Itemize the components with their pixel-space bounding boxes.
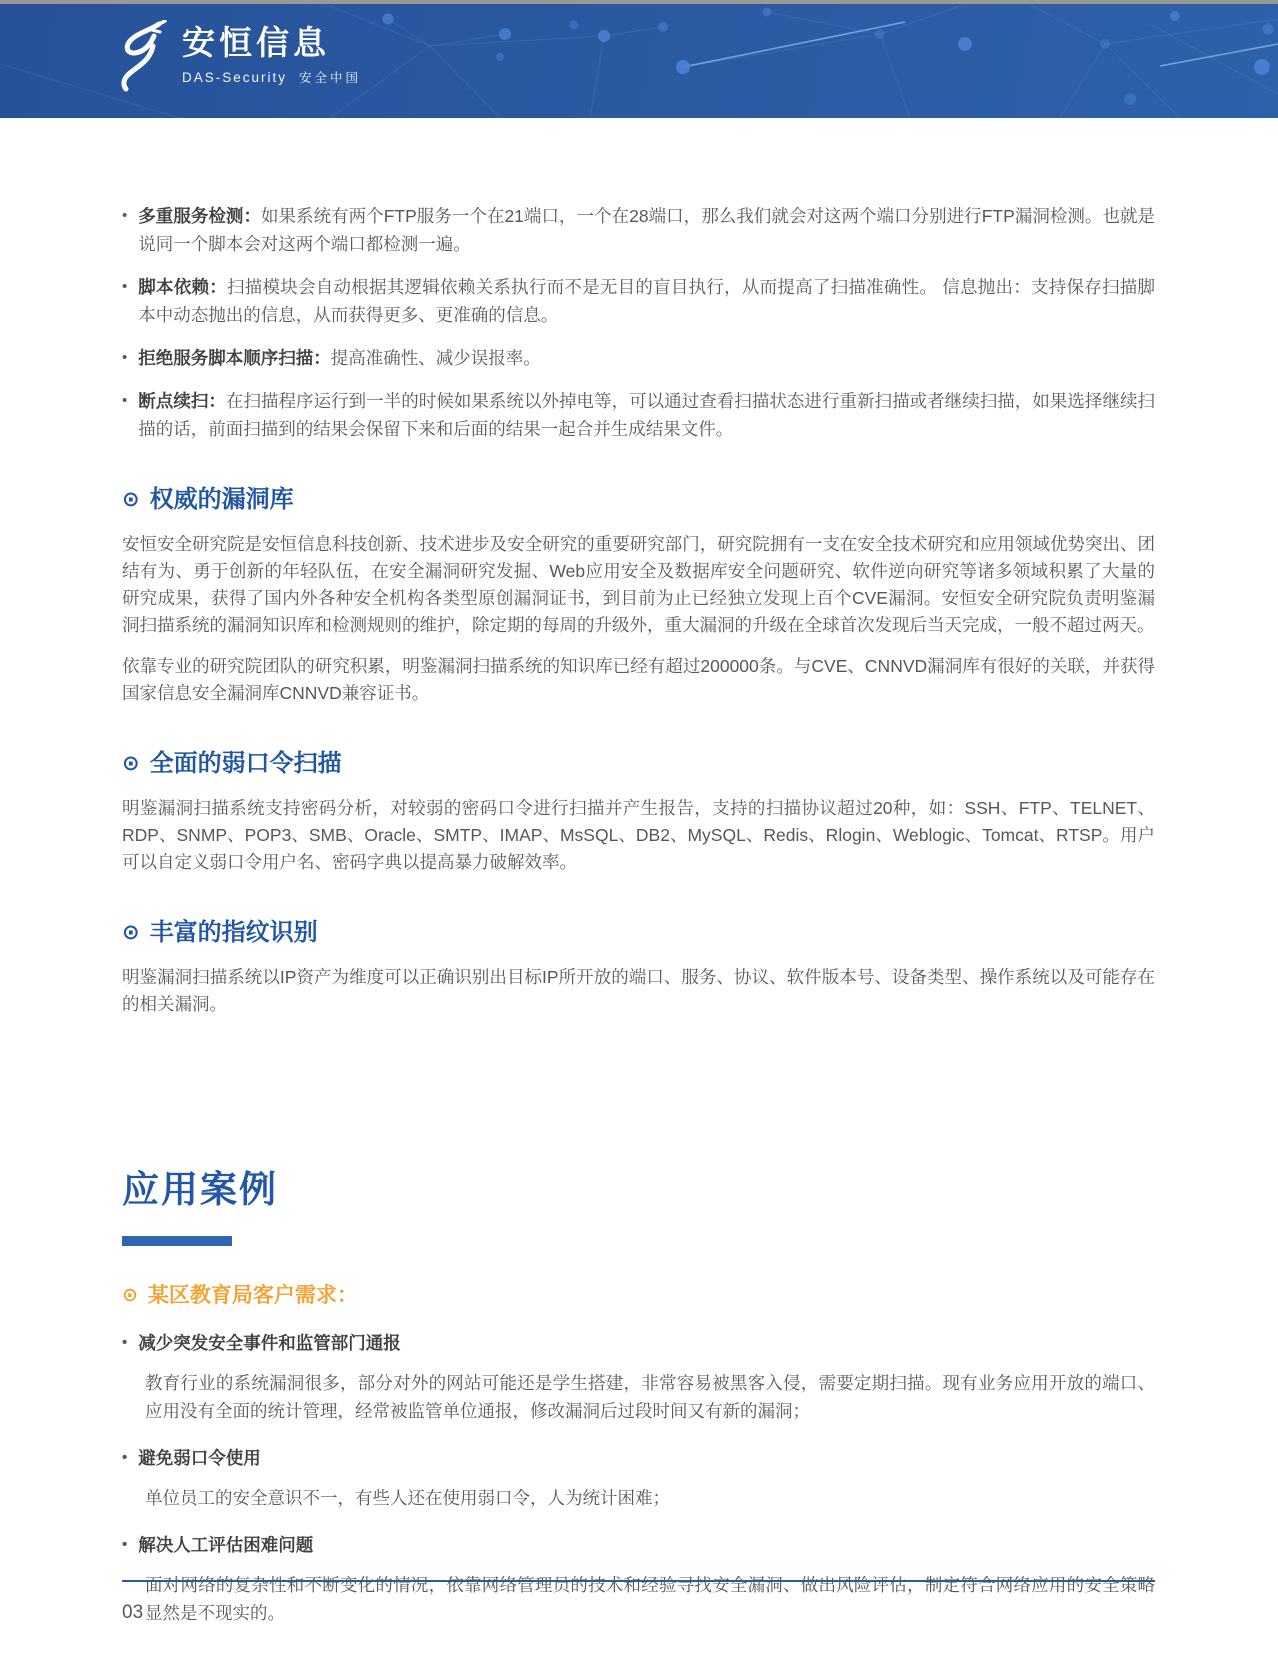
bullet-dot-icon: • xyxy=(122,1445,127,1471)
section-heading: ⊙ 权威的漏洞库 xyxy=(122,485,1155,515)
case-item-text: 单位员工的安全意识不一，有些人还在使用弱口令，人为统计困难； xyxy=(145,1484,1155,1512)
section-paragraph: 安恒安全研究院是安恒信息科技创新、技术进步及安全研究的重要研究部门，研究院拥有一… xyxy=(122,531,1155,639)
circled-dot-icon: ⊙ xyxy=(122,485,140,515)
company-logo: 安恒信息 DAS-Security 安全中国 xyxy=(116,20,361,92)
feature-label: 脚本依赖： xyxy=(138,277,227,297)
case-item-label: • 避免弱口令使用 xyxy=(122,1445,1155,1471)
case-item-label: • 减少突发安全事件和监管部门通报 xyxy=(122,1330,1155,1356)
section-vulnerability-database: ⊙ 权威的漏洞库 安恒安全研究院是安恒信息科技创新、技术进步及安全研究的重要研究… xyxy=(122,485,1155,707)
section-fingerprint-recognition: ⊙ 丰富的指纹识别 明鉴漏洞扫描系统以IP资产为维度可以正确识别出目标IP所开放… xyxy=(122,918,1155,1018)
das-security-swoosh-icon xyxy=(116,20,168,92)
page-content: • 多重服务检测：如果系统有两个FTP服务一个在21端口，一个在28端口，那么我… xyxy=(0,118,1278,1627)
feature-text: 在扫描程序运行到一半的时候如果系统以外掉电等，可以通过查看扫描状态进行重新扫描或… xyxy=(138,391,1155,439)
section-heading: ⊙ 全面的弱口令扫描 xyxy=(122,749,1155,779)
section-title: 全面的弱口令扫描 xyxy=(150,749,342,779)
section-paragraph: 依靠专业的研究院团队的研究积累，明鉴漏洞扫描系统的知识库已经有超过200000条… xyxy=(122,653,1155,707)
document-page: 安恒信息 DAS-Security 安全中国 • 多重服务检测：如果系统有两个F… xyxy=(0,0,1278,1674)
feature-bullet-list: • 多重服务检测：如果系统有两个FTP服务一个在21端口，一个在28端口，那么我… xyxy=(122,202,1155,443)
bullet-dot-icon: • xyxy=(122,387,127,443)
bullet-dot-icon: • xyxy=(122,202,127,258)
bullet-dot-icon: • xyxy=(122,273,127,329)
feature-label: 拒绝服务脚本顺序扫描： xyxy=(138,348,331,368)
case-item-title: 减少突发安全事件和监管部门通报 xyxy=(138,1330,401,1356)
case-subtitle-label: 某区教育局客户需求： xyxy=(148,1282,358,1310)
section-heading: ⊙ 丰富的指纹识别 xyxy=(122,918,1155,948)
section-paragraph: 明鉴漏洞扫描系统支持密码分析，对较弱的密码口令进行扫描并产生报告，支持的扫描协议… xyxy=(122,795,1155,876)
title-underline-bar xyxy=(122,1236,232,1246)
feature-text: 扫描模块会自动根据其逻辑依赖关系执行而不是无目的盲目执行，从而提高了扫描准确性。… xyxy=(138,277,1155,325)
brand-name-en: DAS-Security xyxy=(182,70,287,85)
circled-dot-icon: ⊙ xyxy=(122,749,140,779)
page-footer: 03 xyxy=(122,1580,1155,1624)
case-item-title: 解决人工评估困难问题 xyxy=(138,1532,313,1558)
feature-label: 断点续扫： xyxy=(138,391,226,411)
list-item: • 多重服务检测：如果系统有两个FTP服务一个在21端口，一个在28端口，那么我… xyxy=(122,202,1155,258)
circled-dot-icon: ⊙ xyxy=(122,1282,138,1310)
case-item-text: 教育行业的系统漏洞很多，部分对外的网站可能还是学生搭建，非常容易被黑客入侵，需要… xyxy=(145,1369,1155,1425)
bullet-dot-icon: • xyxy=(122,1532,127,1558)
case-subtitle: ⊙ 某区教育局客户需求： xyxy=(122,1282,1155,1310)
feature-text: 提高准确性、减少误报率。 xyxy=(331,348,541,368)
brand-tagline: 安全中国 xyxy=(299,68,361,86)
header-banner: 安恒信息 DAS-Security 安全中国 xyxy=(0,4,1278,118)
section-weak-password-scan: ⊙ 全面的弱口令扫描 明鉴漏洞扫描系统支持密码分析，对较弱的密码口令进行扫描并产… xyxy=(122,749,1155,876)
section-title: 丰富的指纹识别 xyxy=(150,918,318,948)
brand-name-cn: 安恒信息 xyxy=(182,26,361,61)
bullet-dot-icon: • xyxy=(122,1330,127,1356)
section-title: 权威的漏洞库 xyxy=(150,485,294,515)
section-paragraph: 明鉴漏洞扫描系统以IP资产为维度可以正确识别出目标IP所开放的端口、服务、协议、… xyxy=(122,964,1155,1018)
brand-text-block: 安恒信息 DAS-Security 安全中国 xyxy=(182,26,361,86)
list-item: • 拒绝服务脚本顺序扫描：提高准确性、减少误报率。 xyxy=(122,344,1155,372)
case-item-label: • 解决人工评估困难问题 xyxy=(122,1532,1155,1558)
feature-text: 如果系统有两个FTP服务一个在21端口，一个在28端口，那么我们就会对这两个端口… xyxy=(138,206,1155,254)
case-item-title: 避免弱口令使用 xyxy=(138,1445,261,1471)
case-item: • 避免弱口令使用 单位员工的安全意识不一，有些人还在使用弱口令，人为统计困难； xyxy=(122,1445,1155,1512)
list-item: • 脚本依赖：扫描模块会自动根据其逻辑依赖关系执行而不是无目的盲目执行，从而提高… xyxy=(122,273,1155,329)
case-item: • 减少突发安全事件和监管部门通报 教育行业的系统漏洞很多，部分对外的网站可能还… xyxy=(122,1330,1155,1425)
feature-label: 多重服务检测： xyxy=(138,206,261,226)
footer-divider xyxy=(122,1580,1155,1582)
circled-dot-icon: ⊙ xyxy=(122,918,140,948)
bullet-dot-icon: • xyxy=(122,344,127,372)
list-item: • 断点续扫：在扫描程序运行到一半的时候如果系统以外掉电等，可以通过查看扫描状态… xyxy=(122,387,1155,443)
page-title-application-cases: 应用案例 xyxy=(122,1168,1155,1212)
page-number: 03 xyxy=(122,1602,1155,1624)
